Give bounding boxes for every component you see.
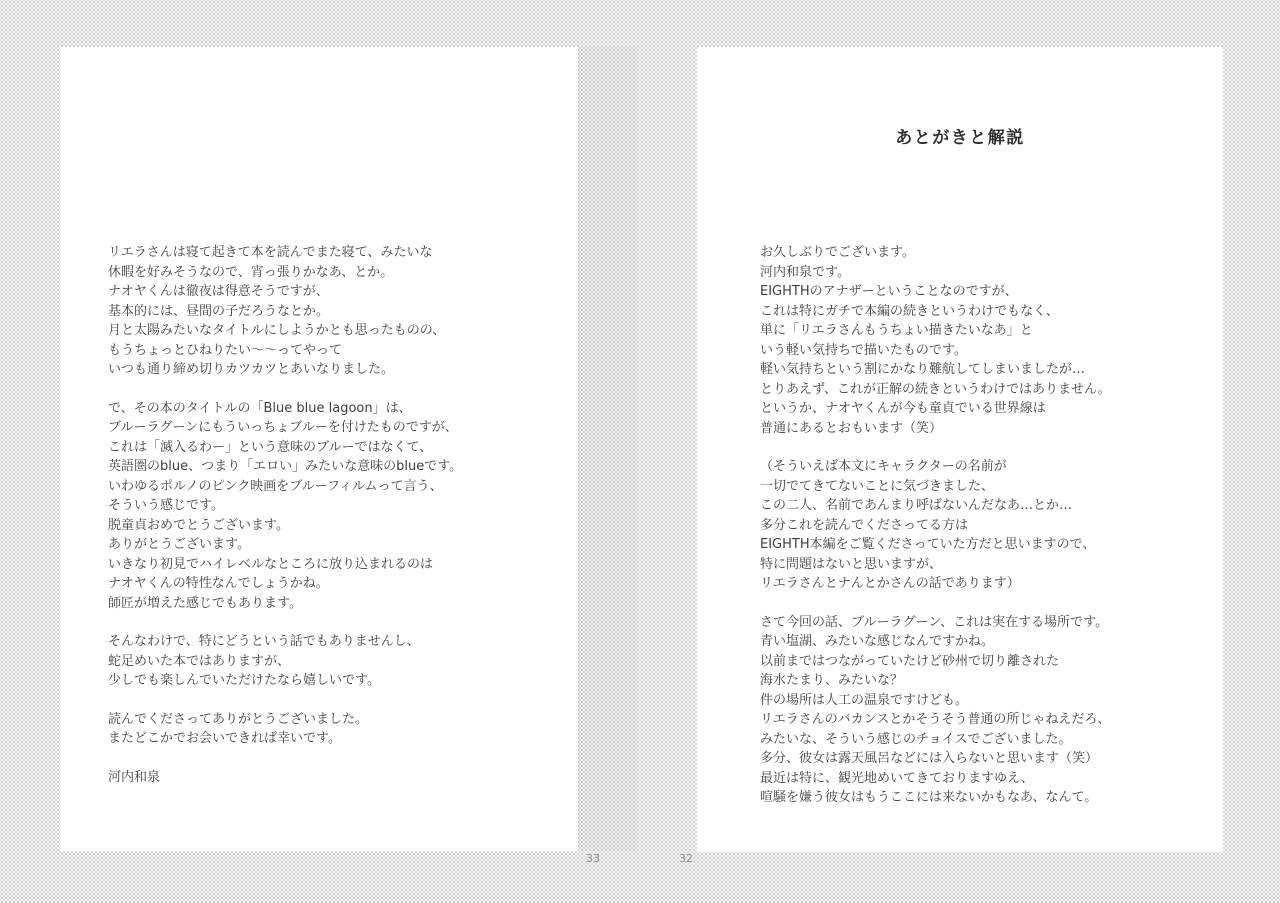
afterword-paragraph: で、その本のタイトルの「Blue blue lagoon」は、 ブルーラグーンに…: [108, 399, 548, 614]
scanned-book-spread: { "background": { "pattern": "halftone-d…: [0, 0, 1280, 903]
afterword-paragraph: お久しぶりでございます。 河内和泉です。 EIGHTHのアナザーということなので…: [760, 243, 1205, 438]
afterword-paragraph: さて今回の話、ブルーラグーン、これは実在する場所です。 青い塩湖、みたいな感じな…: [760, 613, 1205, 808]
left-page-text-column: リエラさんは寝て起きて本を読んでまた寝て、みたいな 休暇を好みそうなので、宵っ張…: [108, 243, 548, 806]
author-signature: 河内和泉: [108, 768, 548, 788]
right-page-text-column: お久しぶりでございます。 河内和泉です。 EIGHTHのアナザーということなので…: [760, 243, 1205, 827]
left-page: リエラさんは寝て起きて本を読んでまた寝て、みたいな 休暇を好みそうなので、宵っ張…: [60, 47, 578, 851]
page-title: あとがきと解説: [697, 123, 1223, 148]
page-number-left: 33: [586, 852, 600, 866]
page-gap-shadow: [578, 47, 638, 851]
afterword-paragraph: 読んでくださってありがとうございました。 またどこかでお会いできれば幸いです。: [108, 710, 548, 749]
afterword-paragraph: そんなわけで、特にどうという話でもありませんし、 蛇足めいた本ではありますが、 …: [108, 632, 548, 691]
page-number-right: 32: [679, 852, 693, 866]
afterword-paragraph: リエラさんは寝て起きて本を読んでまた寝て、みたいな 休暇を好みそうなので、宵っ張…: [108, 243, 548, 380]
right-page: あとがきと解説 お久しぶりでございます。 河内和泉です。 EIGHTHのアナザー…: [697, 47, 1223, 852]
afterword-paragraph: （そういえば本文にキャラクターの名前が 一切でてきてないことに気づきました、 こ…: [760, 457, 1205, 594]
